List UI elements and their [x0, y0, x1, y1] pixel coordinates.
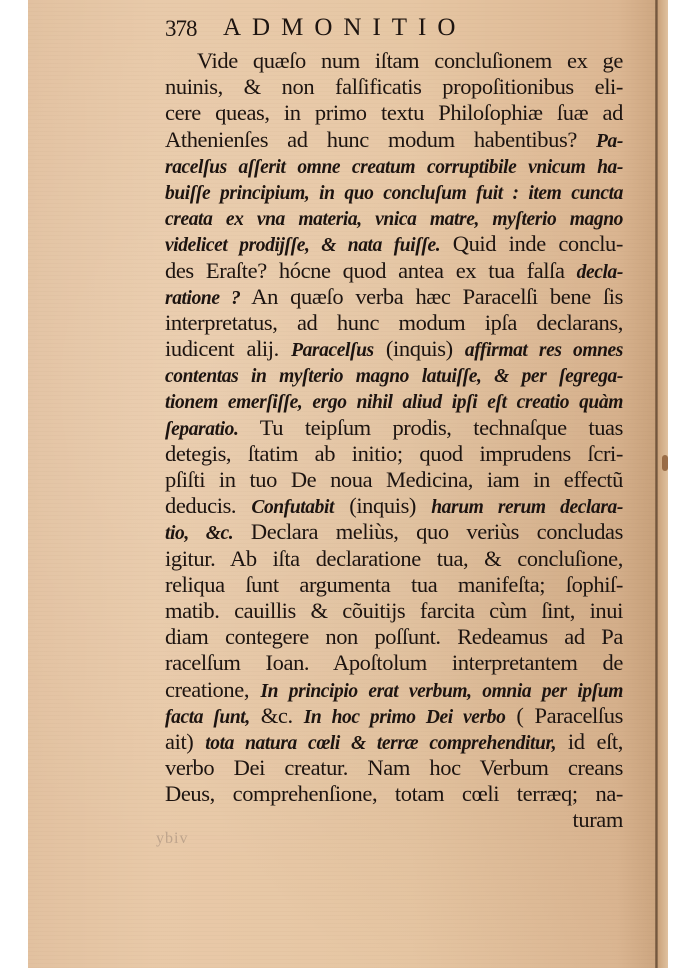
- italic-segment: racelſus aſſerit omne creatum corruptibi…: [165, 157, 623, 178]
- roman-segment: igitur. Ab iſta declaratione tua, & conc…: [165, 546, 623, 571]
- roman-segment: detegis, ſtatim ab initio; quod impruden…: [165, 441, 623, 466]
- roman-segment: nuinis, & non falſificatis propoſitionib…: [165, 74, 623, 99]
- text-line: creatione, In principio erat verbum, omn…: [165, 677, 623, 703]
- text-line: ſeparatio. Tu teipſum prodis, technaſque…: [165, 415, 623, 441]
- italic-segment: ſeparatio.: [165, 419, 238, 440]
- roman-segment: verbo Dei creatur. Nam hoc Verbum creans: [165, 755, 623, 780]
- text-line: matib. cauillis & cõuitijs farcita cùm ſ…: [165, 598, 623, 624]
- roman-segment: id eſt,: [556, 729, 623, 754]
- italic-segment: buiſſe principium, in quo concluſum fuit…: [165, 183, 623, 204]
- text-line: cere queas, in primo textu Philoſophiæ ſ…: [165, 100, 623, 126]
- text-line: racelſus aſſerit omne creatum corruptibi…: [165, 153, 623, 179]
- text-line: deducis. Confutabit (inquis) harum rerum…: [165, 493, 623, 519]
- text-line: creata ex vna materia, vnica matre, myſt…: [165, 205, 623, 231]
- roman-segment: matib. cauillis & cõuitijs farcita cùm ſ…: [165, 598, 623, 623]
- text-line: des Eraſte? hócne quod antea ex tua falſ…: [165, 258, 623, 284]
- roman-segment: diam contegere non poſſunt. Redeamus ad …: [165, 624, 623, 649]
- roman-segment: Tu teipſum prodis, technaſque tuas: [238, 415, 623, 440]
- text-line: nuinis, & non falſificatis propoſitionib…: [165, 74, 623, 100]
- text-line: tio, &c. Declara meliùs, quo veriùs conc…: [165, 519, 623, 545]
- text-line: buiſſe principium, in quo concluſum fuit…: [165, 179, 623, 205]
- italic-segment: tota natura cœli & terræ comprehenditur,: [205, 733, 556, 754]
- text-line: facta ſunt, &c. In hoc primo Dei verbo (…: [165, 703, 623, 729]
- catchword-text: turam: [573, 807, 623, 832]
- italic-segment: In principio erat verbum, omnia per ipſu…: [260, 681, 623, 702]
- text-line: contentas in myſterio magno latuiſſe, & …: [165, 362, 623, 388]
- text-line: interpretatus, ad hunc modum ipſa declar…: [165, 310, 623, 336]
- roman-segment: cere queas, in primo textu Philoſophiæ ſ…: [165, 100, 623, 125]
- italic-segment: decla-: [577, 262, 623, 283]
- text-line: videlicet prodijſſe, & nata fuiſſe. Quid…: [165, 231, 623, 257]
- text-line: Deus, comprehenſione, totam cœli terræq;…: [165, 781, 623, 807]
- roman-segment: Deus, comprehenſione, totam cœli terræq;…: [165, 781, 623, 806]
- text-line: iudicent alij. Paracelſus (inquis) affir…: [165, 336, 623, 362]
- roman-segment: An quæſo verba hæc Paracelſi bene ſis: [240, 284, 623, 309]
- roman-segment: iudicent alij.: [165, 336, 291, 361]
- italic-segment: creata ex vna materia, vnica matre, myſt…: [165, 209, 623, 230]
- page-edge-tear: [662, 455, 668, 471]
- roman-segment: (inquis): [334, 493, 431, 518]
- text-line: ait) tota natura cœli & terræ comprehend…: [165, 729, 623, 755]
- catchword: turam: [165, 807, 623, 833]
- book-page: 378 ADMONITIO Vide quæſo num iſtam concl…: [28, 0, 668, 968]
- text-line: racelſum Ioan. Apoſtolum interpretantem …: [165, 650, 623, 676]
- italic-segment: videlicet prodijſſe, & nata fuiſſe.: [165, 235, 440, 256]
- roman-segment: deducis.: [165, 493, 251, 518]
- roman-segment: ( Paracelſus: [505, 703, 623, 728]
- text-line: ratione ? An quæſo verba hæc Paracelſi b…: [165, 284, 623, 310]
- text-line: diam contegere non poſſunt. Redeamus ad …: [165, 624, 623, 650]
- italic-segment: Confutabit: [251, 497, 334, 518]
- roman-segment: pſiſti in tuo De noua Medicina, iam in e…: [165, 467, 623, 492]
- page-number: 378: [165, 16, 197, 42]
- roman-segment: (inquis): [374, 336, 465, 361]
- italic-segment: tionem emerſiſſe, ergo nihil aliud ipſi …: [165, 392, 623, 413]
- text-line: tionem emerſiſſe, ergo nihil aliud ipſi …: [165, 388, 623, 414]
- italic-segment: In hoc primo Dei verbo: [304, 707, 506, 728]
- italic-segment: tio, &c.: [165, 523, 233, 544]
- body-text: Vide quæſo num iſtam concluſionem ex gen…: [165, 48, 623, 807]
- text-line: pſiſti in tuo De noua Medicina, iam in e…: [165, 467, 623, 493]
- roman-segment: interpretatus, ad hunc modum ipſa declar…: [165, 310, 623, 335]
- running-head-title: ADMONITIO: [223, 14, 466, 42]
- page-edge: [658, 0, 668, 968]
- bleed-through-text: ybiv: [156, 830, 188, 848]
- roman-segment: &c.: [250, 703, 304, 728]
- text-block: 378 ADMONITIO Vide quæſo num iſtam concl…: [165, 14, 623, 834]
- roman-segment: Quid inde conclu-: [440, 231, 623, 256]
- roman-segment: creatione,: [165, 677, 260, 702]
- running-head: 378 ADMONITIO: [165, 14, 623, 48]
- text-line: verbo Dei creatur. Nam hoc Verbum creans: [165, 755, 623, 781]
- italic-segment: harum rerum declara-: [431, 497, 623, 518]
- text-line: detegis, ſtatim ab initio; quod impruden…: [165, 441, 623, 467]
- roman-segment: reliqua ſunt argumenta tua manifeſta; ſo…: [165, 572, 623, 597]
- text-line: Vide quæſo num iſtam concluſionem ex ge: [165, 48, 623, 74]
- italic-segment: Paracelſus: [291, 340, 374, 361]
- roman-segment: racelſum Ioan. Apoſtolum interpretantem …: [165, 650, 623, 675]
- italic-segment: Pa-: [596, 131, 623, 152]
- italic-segment: facta ſunt,: [165, 707, 250, 728]
- italic-segment: affirmat res omnes: [465, 340, 623, 361]
- roman-segment: Vide quæſo num iſtam concluſionem ex ge: [197, 48, 623, 73]
- italic-segment: contentas in myſterio magno latuiſſe, & …: [165, 366, 623, 387]
- italic-segment: ratione ?: [165, 288, 240, 309]
- text-line: igitur. Ab iſta declaratione tua, & conc…: [165, 546, 623, 572]
- text-line: reliqua ſunt argumenta tua manifeſta; ſo…: [165, 572, 623, 598]
- roman-segment: des Eraſte? hócne quod antea ex tua falſ…: [165, 258, 577, 283]
- roman-segment: Declara meliùs, quo veriùs concludas: [233, 519, 623, 544]
- roman-segment: ait): [165, 729, 205, 754]
- text-line: Athenienſes ad hunc modum habentibus? Pa…: [165, 127, 623, 153]
- roman-segment: Athenienſes ad hunc modum habentibus?: [165, 127, 596, 152]
